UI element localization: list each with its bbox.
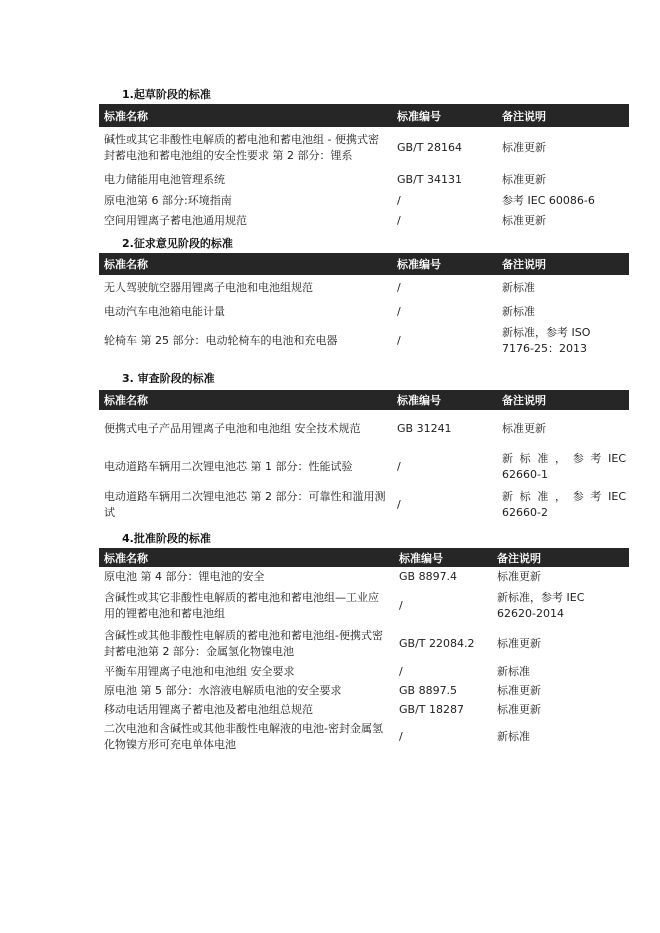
standard-name: 电动道路车辆用二次锂电池芯 第 1 部分：性能试验 [104,459,389,475]
standard-code: GB 31241 [397,421,497,437]
table-row: 原电池 第 4 部分：锂电池的安全 GB 8897.4 标准更新 [99,567,629,587]
table-row: 轮椅车 第 25 部分：电动轮椅车的电池和充电器 / 新标准，参考 ISO 71… [99,323,629,359]
table-drafting: 标准名称 标准编号 备注说明 碱性或其它非酸性电解质的蓄电池和蓄电池组 - 便携… [99,104,629,230]
standard-name: 二次电池和含碱性或其他非酸性电解液的电池-密封金属氢化物镍方形可充电单体电池 [104,721,389,753]
standard-code: / [399,664,499,680]
standard-name: 无人驾驶航空器用锂离子电池和电池组规范 [104,280,389,296]
table-row: 二次电池和含碱性或其他非酸性电解液的电池-密封金属氢化物镍方形可充电单体电池 /… [99,719,629,755]
table-row: 原电池 第 5 部分：水溶液电解质电池的安全要求 GB 8897.5 标准更新 [99,681,629,700]
standard-note: 标准更新 [502,213,626,229]
standard-name: 电动汽车电池箱电能计量 [104,304,389,320]
standard-code: / [397,280,497,296]
standard-name: 原电池第 6 部分:环境指南 [104,193,389,209]
section-title-review: 3. 审查阶段的标准 [122,372,215,386]
table-review: 标准名称 标准编号 备注说明 便携式电子产品用锂离子电池和电池组 安全技术规范 … [99,390,629,524]
standard-note: 新标准，参考 ISO 7176-25：2013 [502,325,622,357]
standard-code: / [397,459,497,475]
standard-note: 新 标 准 ， 参 考 IEC 62660-2 [502,489,626,521]
table-row: 含碱性或其它非酸性电解质的蓄电池和蓄电池组—工业应用的锂蓄电池和蓄电池组 / 新… [99,587,629,625]
header-code: 标准编号 [397,392,441,408]
standard-note: 新标准 [502,280,626,296]
table-row: 含碱性或其他非酸性电解质的蓄电池和蓄电池组-便携式密封蓄电池第 2 部分：金属氢… [99,625,629,663]
standard-code: GB/T 28164 [397,140,497,156]
standard-note: 新标准 [497,729,621,745]
table-row: 电动道路车辆用二次锂电池芯 第 1 部分：性能试验 / 新 标 准 ， 参 考 … [99,448,629,486]
standard-note-line2: 62660-2 [502,505,626,521]
table-header: 标准名称 标准编号 备注说明 [99,548,629,567]
table-row: 平衡车用锂离子电池和电池组 安全要求 / 新标准 [99,663,629,681]
table-header: 标准名称 标准编号 备注说明 [99,104,629,127]
standard-code: / [397,304,497,320]
table-header: 标准名称 标准编号 备注说明 [99,390,629,410]
header-name: 标准名称 [104,550,148,566]
standard-code: / [397,497,497,513]
table-row: 电动汽车电池箱电能计量 / 新标准 [99,301,629,323]
table-row: 电力储能用电池管理系统 GB/T 34131 标准更新 [99,169,629,190]
table-row: 移动电话用锂离子蓄电池及蓄电池组总规范 GB/T 18287 标准更新 [99,700,629,719]
table-row: 便携式电子产品用锂离子电池和电池组 安全技术规范 GB 31241 标准更新 [99,410,629,448]
section-title-consultation: 2.征求意见阶段的标准 [122,237,233,251]
standard-code: / [397,213,497,229]
header-code: 标准编号 [399,550,443,566]
standard-note: 新标准 [497,664,621,680]
table-header: 标准名称 标准编号 备注说明 [99,253,629,275]
header-code: 标准编号 [397,108,441,124]
table-row: 原电池第 6 部分:环境指南 / 参考 IEC 60086-6 [99,190,629,211]
standard-code: GB 8897.5 [399,683,499,699]
standard-name: 便携式电子产品用锂离子电池和电池组 安全技术规范 [104,421,389,437]
standard-name: 轮椅车 第 25 部分：电动轮椅车的电池和充电器 [104,333,389,349]
header-name: 标准名称 [104,108,148,124]
header-note: 备注说明 [502,392,546,408]
standard-note-line1: 新 标 准 ， 参 考 IEC [502,451,626,467]
standard-code: GB/T 22084.2 [399,636,499,652]
standard-note: 新 标 准 ， 参 考 IEC 62660-1 [502,451,626,483]
table-consultation: 标准名称 标准编号 备注说明 无人驾驶航空器用锂离子电池和电池组规范 / 新标准… [99,253,629,359]
header-note: 备注说明 [497,550,541,566]
standard-note-line1: 新 标 准 ， 参 考 IEC [502,489,626,505]
standard-name: 电动道路车辆用二次锂电池芯 第 2 部分：可靠性和滥用测试 [104,489,389,521]
standard-note: 标准更新 [497,683,621,699]
table-row: 电动道路车辆用二次锂电池芯 第 2 部分：可靠性和滥用测试 / 新 标 准 ， … [99,486,629,524]
section-title-approval: 4.批准阶段的标准 [122,532,211,546]
header-name: 标准名称 [104,392,148,408]
standard-code: GB/T 18287 [399,702,499,718]
standard-code: / [397,333,497,349]
table-approval: 标准名称 标准编号 备注说明 原电池 第 4 部分：锂电池的安全 GB 8897… [99,548,629,755]
standard-note-line2: 62660-1 [502,467,626,483]
table-row: 无人驾驶航空器用锂离子电池和电池组规范 / 新标准 [99,275,629,301]
section-title-drafting: 1.起草阶段的标准 [122,88,211,102]
header-name: 标准名称 [104,256,148,272]
standard-code: GB 8897.4 [399,569,499,585]
standard-name: 原电池 第 5 部分：水溶液电解质电池的安全要求 [104,683,389,699]
header-code: 标准编号 [397,256,441,272]
standard-note: 参考 IEC 60086-6 [502,193,626,209]
standard-note: 新标准，参考 IEC 62620-2014 [497,590,607,622]
standard-code: / [399,729,499,745]
standard-note: 标准更新 [502,421,626,437]
header-note: 备注说明 [502,108,546,124]
standard-code: / [399,598,499,614]
standard-code: GB/T 34131 [397,172,497,188]
standard-note: 新标准 [502,304,626,320]
table-row: 碱性或其它非酸性电解质的蓄电池和蓄电池组 - 便携式密封蓄电池和蓄电池组的安全性… [99,127,629,169]
header-note: 备注说明 [502,256,546,272]
standard-note: 标准更新 [502,140,626,156]
standard-name: 原电池 第 4 部分：锂电池的安全 [104,569,389,585]
standard-name: 平衡车用锂离子电池和电池组 安全要求 [104,664,389,680]
standard-note: 标准更新 [497,569,621,585]
standard-note: 标准更新 [497,702,621,718]
standard-name: 空间用锂离子蓄电池通用规范 [104,213,389,229]
standard-name: 移动电话用锂离子蓄电池及蓄电池组总规范 [104,702,389,718]
standard-name: 含碱性或其它非酸性电解质的蓄电池和蓄电池组—工业应用的锂蓄电池和蓄电池组 [104,590,389,622]
standard-code: / [397,193,497,209]
standard-name: 含碱性或其他非酸性电解质的蓄电池和蓄电池组-便携式密封蓄电池第 2 部分：金属氢… [104,628,389,660]
standard-name: 电力储能用电池管理系统 [104,172,389,188]
standard-note: 标准更新 [497,636,621,652]
standard-name: 碱性或其它非酸性电解质的蓄电池和蓄电池组 - 便携式密封蓄电池和蓄电池组的安全性… [104,132,389,164]
table-row: 空间用锂离子蓄电池通用规范 / 标准更新 [99,211,629,230]
standard-note: 标准更新 [502,172,626,188]
